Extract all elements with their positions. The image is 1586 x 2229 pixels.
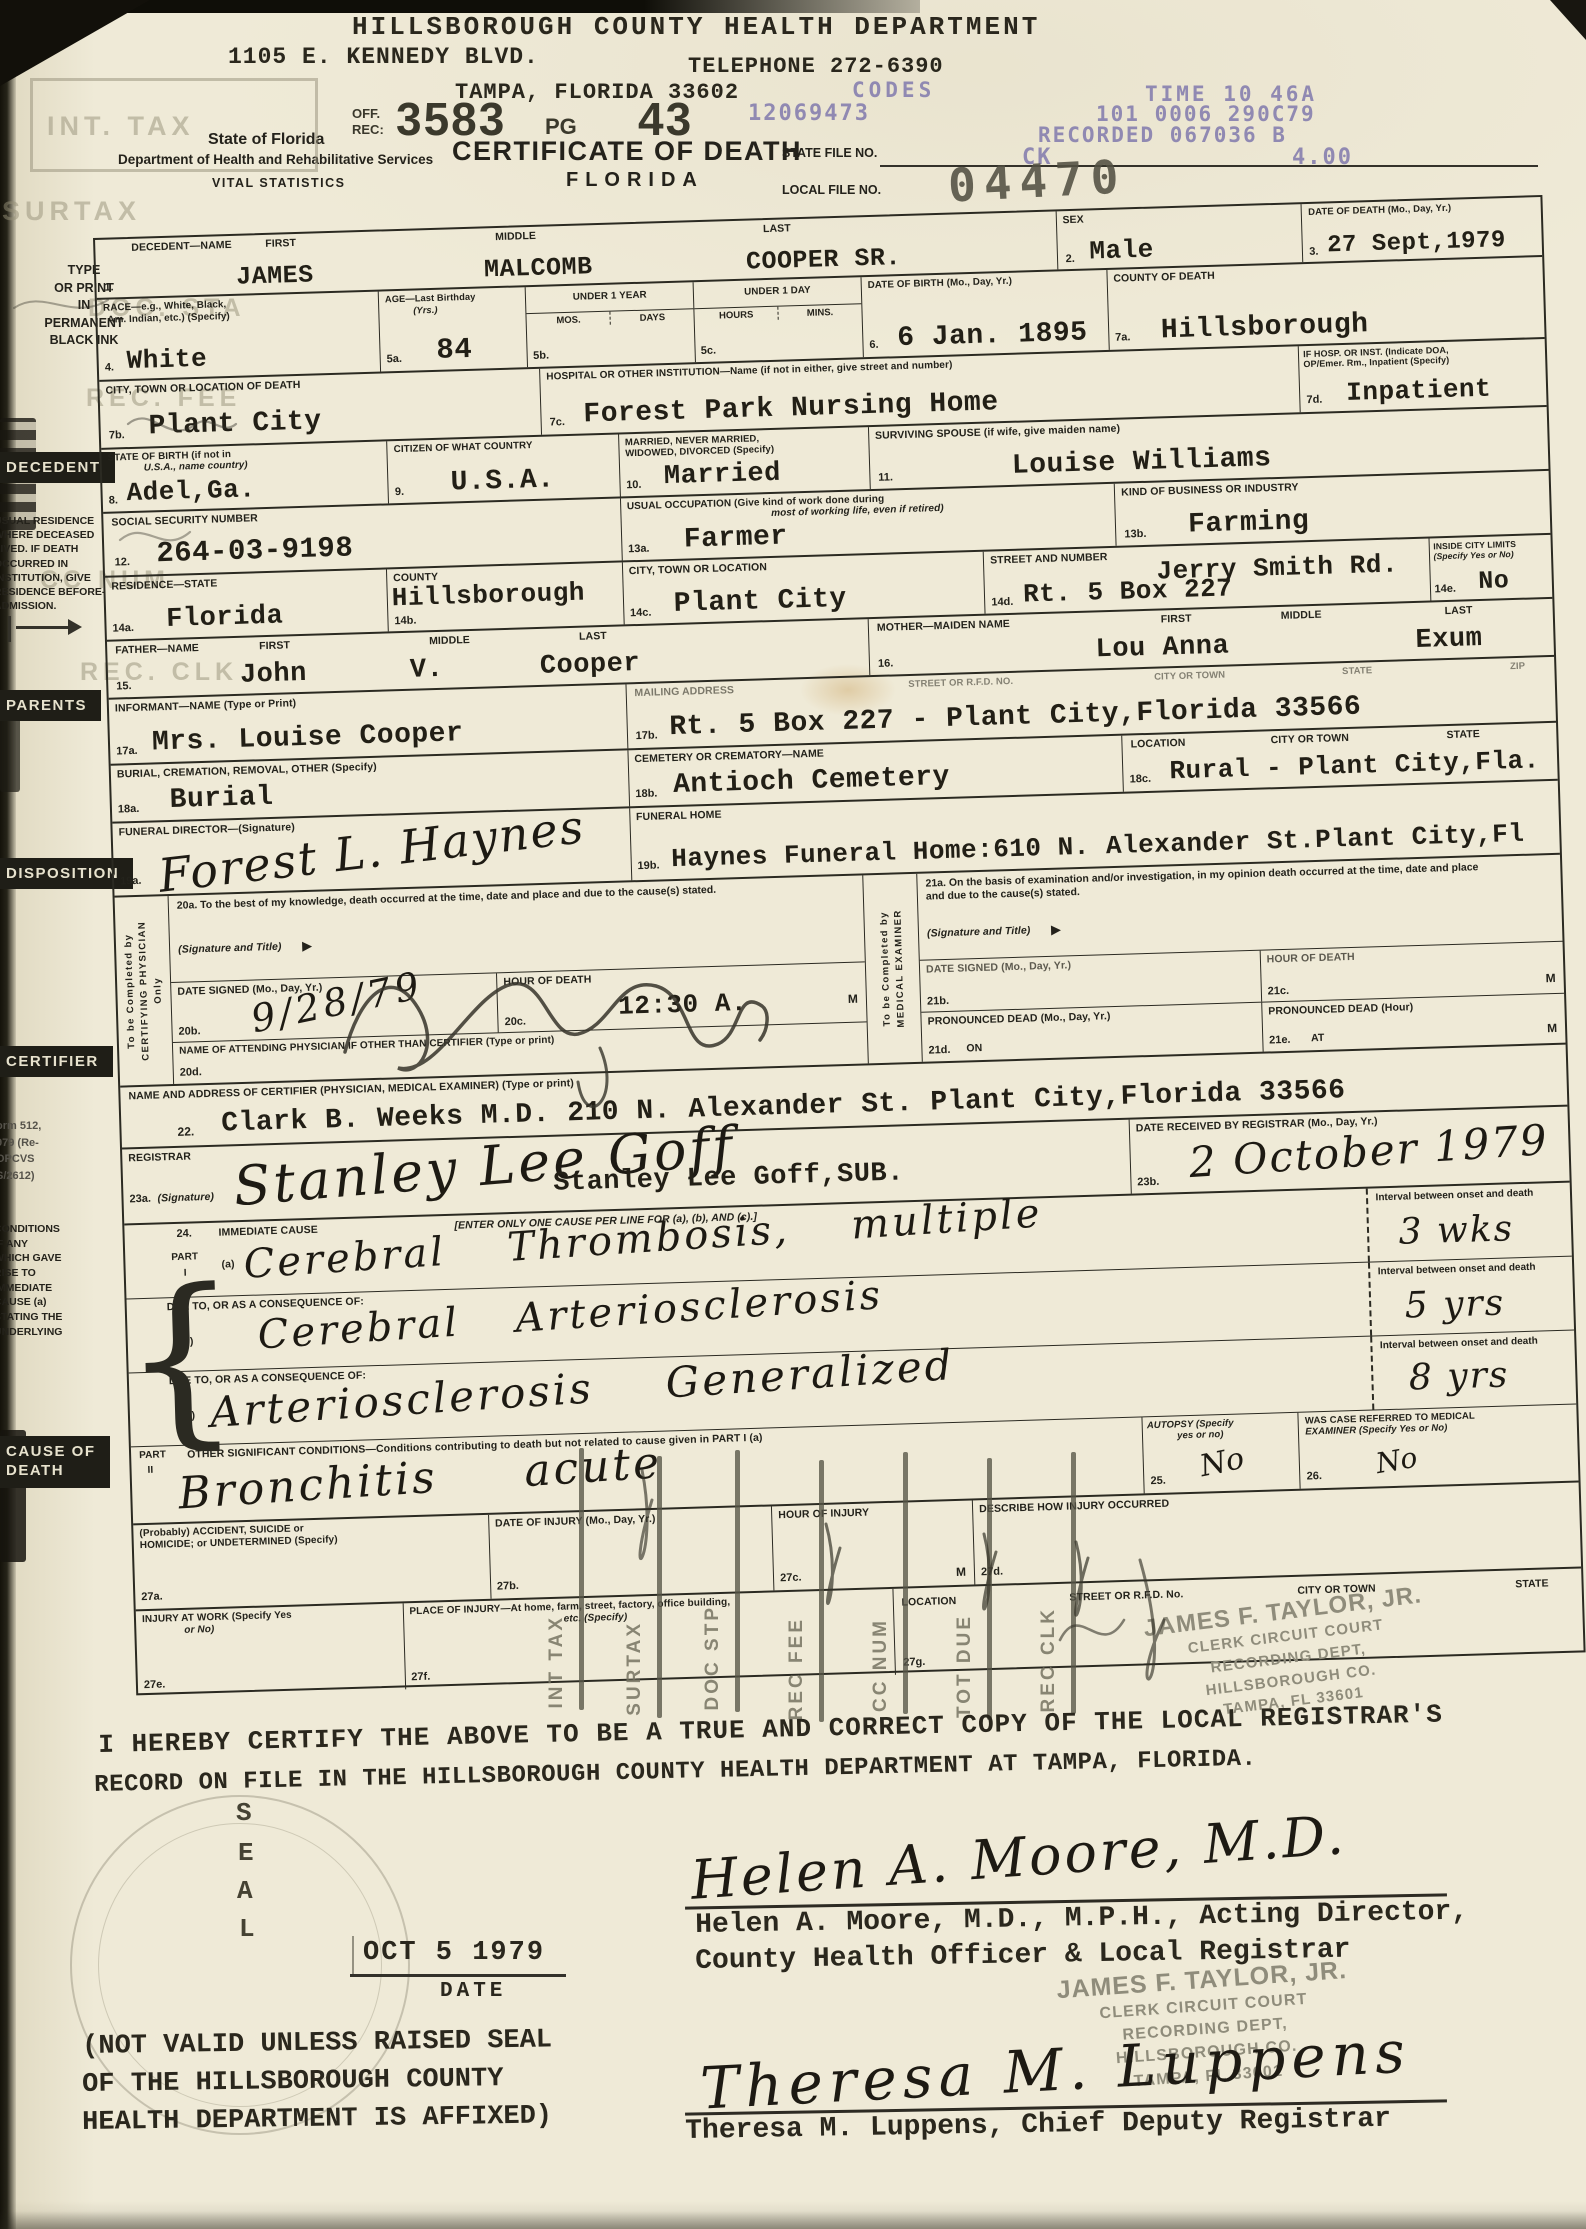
letterhead-phone: TELEPHONE 272-6390: [688, 54, 944, 79]
field-funeral-director: FUNERAL DIRECTOR—(Signature) 19a. Forest…: [112, 808, 632, 895]
item-number: 14b.: [394, 615, 416, 628]
document-number-stamp: 12069473: [748, 101, 870, 126]
note-line: CAUSE (a): [0, 1295, 62, 1310]
item-number: 3.: [1309, 246, 1319, 258]
side-line: Only: [151, 977, 164, 1004]
item-number: 20b.: [178, 1025, 200, 1038]
codes-stamp: CODES: [852, 78, 935, 102]
note-line: IF ANY: [0, 1237, 62, 1252]
examiner-main: 21a. On the basis of examination and/or …: [917, 855, 1565, 1062]
seal-letter: S: [236, 1798, 252, 1828]
field-state-of-birth: STATE OF BIRTH (if not in U.S.A., name c…: [101, 441, 389, 511]
note-line: WHERE DECEASED: [0, 528, 105, 542]
item-number: 27a.: [141, 1591, 163, 1604]
item-number: 20c.: [504, 1016, 526, 1029]
note-line: 979 (Re-: [0, 1135, 41, 1152]
field-street-number: STREET AND NUMBER Jerry Smith Rd. 14d. R…: [984, 538, 1431, 613]
note-line: LIVED. IF DEATH: [0, 542, 105, 556]
form-number-note: orm 512, 979 (Re- OPCVS S/2612): [0, 1118, 41, 1184]
field-pronounced-hour: PRONOUNCED DEAD (Hour) 21e. AT M: [1262, 994, 1566, 1052]
item-number: 2.: [1065, 253, 1075, 265]
note-line: CONDITIONS: [0, 1222, 62, 1237]
scan-corner-blob: [0, 0, 150, 86]
field-value: Florida: [166, 602, 284, 635]
signature-title-label: (Signature and Title): [927, 924, 1031, 940]
not-valid-line-2: OF THE HILLSBOROUGH COUNTY: [82, 2064, 504, 2100]
stamp-bar: [579, 1448, 584, 1710]
stamp-bar: [903, 1452, 908, 1714]
field-label: FIRST: [259, 639, 290, 653]
conditions-note: CONDITIONS IF ANY WHICH GAVE RISE TO IMM…: [0, 1222, 62, 1340]
field-label: BURIAL, CREMATION, REMOVAL, OTHER (Speci…: [117, 761, 377, 781]
field-label: STATE: [1446, 728, 1480, 742]
seal-letter: L: [239, 1914, 255, 1944]
field-label: (Yrs.): [413, 305, 438, 317]
seal-letter: A: [237, 1876, 253, 1906]
field-value: V.: [410, 655, 444, 686]
item-number: 9.: [395, 486, 405, 498]
seal-letter: E: [238, 1838, 254, 1868]
vertical-stamp-surtax: SURTAX: [626, 1456, 662, 1718]
physician-side-strip: To be Completed by CERTIFYING PHYSICIAN …: [115, 896, 175, 1086]
item-number: 22.: [177, 1124, 194, 1138]
field-label: LAST: [1445, 604, 1473, 617]
item-number: 25.: [1150, 1475, 1166, 1487]
item-number: 15.: [116, 680, 132, 692]
vertical-stamp-int-tax: INT TAX: [548, 1448, 584, 1710]
field-date-received: DATE RECEIVED BY REGISTRAR (Mo., Day, Yr…: [1129, 1107, 1569, 1194]
note-line: RESIDENCE BEFORE-: [0, 585, 105, 599]
interval-b-handwritten: 5 yrs: [1404, 1283, 1506, 1327]
note-line: WHICH GAVE: [0, 1251, 62, 1266]
local-file-label: LOCAL FILE NO.: [782, 183, 881, 197]
item-number: 27e.: [144, 1678, 166, 1691]
signature-title-label: (Signature and Title): [178, 941, 282, 957]
field-label: UNDER 1 DAY: [694, 283, 861, 300]
interval-c-handwritten: 8 yrs: [1408, 1354, 1510, 1398]
field-date-of-death: DATE OF DEATH (Mo., Day, Yr.) 3. 27 Sept…: [1302, 197, 1542, 262]
field-value: Farmer: [683, 522, 788, 556]
note-line: OCCURRED IN: [0, 557, 105, 571]
surtax-ghost: SURTAX: [2, 196, 141, 227]
banner-line: DEATH: [6, 1462, 96, 1481]
date-line: [350, 1974, 566, 1977]
interval-a-handwritten: 3 wks: [1398, 1208, 1515, 1252]
field-pronounced-date: PRONOUNCED DEAD (Mo., Day, Yr.) 21d. ON: [921, 1003, 1263, 1062]
item-number: 24.: [176, 1228, 192, 1240]
field-label: (Specify Yes or No): [1433, 549, 1514, 562]
field-label: MIDDLE: [429, 634, 470, 648]
referred-handwritten: No: [1374, 1441, 1420, 1480]
arrow-shaft: [16, 626, 68, 629]
field-value: Hillsborough: [1160, 309, 1368, 346]
subcolumns: MOS. DAYS: [527, 308, 694, 327]
field-label: yes or no): [1177, 1429, 1224, 1442]
field-label: CITIZEN OF WHAT COUNTRY: [394, 440, 533, 456]
field-value: Cooper: [539, 649, 640, 682]
cause-of-death-banner: CAUSE OF DEATH: [0, 1436, 110, 1488]
rec-label: REC:: [352, 122, 384, 138]
field-label: Interval between onset and death: [1378, 1262, 1538, 1279]
field-label: ZIP: [1510, 661, 1525, 673]
field-label: CITY, TOWN OR LOCATION OF DEATH: [105, 379, 300, 397]
meridiem-mark: M: [1547, 1021, 1557, 1035]
stamp-label: SURTAX: [624, 1621, 646, 1716]
field-label: STATE: [1342, 665, 1373, 677]
stamp-label: DOC STP: [702, 1605, 724, 1710]
field-county-of-death: COUNTY OF DEATH 7a. Hillsborough: [1107, 257, 1544, 350]
field-label: SEX: [1062, 214, 1084, 227]
local-file-number-stamp: 04470: [947, 149, 1128, 212]
subcolumns: HOURS MINS.: [695, 303, 862, 322]
field-hour-of-death: HOUR OF DEATH 20c. 12:30 A. M: [497, 962, 866, 1032]
field-value: Plant City: [673, 584, 847, 620]
field-label: MIDDLE: [495, 230, 536, 244]
at-label: AT: [1311, 1032, 1325, 1045]
field-race: RACE—e.g., White, Black, Am. Indian, etc…: [97, 292, 381, 380]
item-number: 16.: [878, 657, 894, 669]
vertical-stamp-rec-fee: REC FEE: [788, 1460, 824, 1722]
off-label: OFF.: [352, 106, 380, 122]
field-label: MOTHER—MAIDEN NAME: [877, 618, 1010, 635]
field-value: U.S.A.: [450, 464, 555, 498]
signature-label: (Signature): [157, 1191, 214, 1205]
sub-label: DAYS: [611, 309, 694, 324]
field-value: Antioch Cemetery: [673, 762, 951, 801]
item-number: 19a.: [120, 875, 142, 888]
note-line: INSTITUTION, GIVE: [0, 571, 105, 585]
item-number: 4.: [105, 361, 115, 373]
stamp-bar: [657, 1456, 662, 1718]
certificate-subtitle: FLORIDA: [566, 169, 704, 192]
vertical-stamp-rec-clk: REC CLK: [1040, 1452, 1076, 1714]
field-label: LAST: [763, 222, 791, 235]
field-label: U.S.A., name country): [144, 460, 248, 475]
field-value: COOPER SR.: [746, 243, 902, 277]
sub-label: HOURS: [695, 307, 779, 322]
cause-brace-glyph: {: [120, 1264, 243, 1452]
physician-side-text: To be Completed by CERTIFYING PHYSICIAN …: [122, 920, 166, 1061]
item-number: 10.: [626, 479, 642, 491]
note-line: STATING THE: [0, 1310, 62, 1325]
not-valid-line-1: (NOT VALID UNLESS RAISED SEAL: [82, 2025, 552, 2062]
field-residence-state: RESIDENCE—STATE 14a. Florida: [105, 569, 389, 639]
field-label: SURVIVING SPOUSE (if wife, give maiden n…: [875, 423, 1120, 443]
field-label: REGISTRAR: [128, 1150, 191, 1164]
note-line: ADMISSION.: [0, 599, 105, 613]
field-value: John: [240, 659, 308, 691]
item-number: 7a.: [1115, 331, 1131, 343]
field-label: KIND OF BUSINESS OR INDUSTRY: [1121, 481, 1299, 499]
item-number: 27b.: [497, 1580, 519, 1593]
field-value: 84: [436, 333, 473, 367]
field-interval-a: Interval between onset and death 3 wks: [1367, 1183, 1572, 1262]
field-label: STREET OR R.F.D. NO.: [908, 676, 1013, 690]
field-label: CITY OR TOWN: [1154, 670, 1225, 683]
item-number: 21d.: [928, 1044, 950, 1057]
field-value: Exum: [1415, 624, 1483, 656]
field-accident-suicide: (Probably) ACCIDENT, SUICIDE or HOMICIDE…: [133, 1515, 491, 1610]
field-value: Rural - Plant City,Fla.: [1169, 745, 1540, 786]
arrow-tick: [8, 616, 11, 642]
field-inside-city-limits: INSIDE CITY LIMITS (Specify Yes or No) 1…: [1429, 535, 1552, 601]
sub-label: MOS.: [527, 312, 611, 327]
note-line: S/2612): [0, 1168, 41, 1185]
field-value: Burial: [169, 782, 274, 816]
field-value: Farming: [1188, 506, 1310, 541]
item-number: 8.: [109, 494, 119, 506]
scan-corner-right: [1550, 0, 1586, 40]
field-value: Male: [1089, 235, 1154, 267]
field-label: PRONOUNCED DEAD (Hour): [1268, 1001, 1413, 1018]
field-if-hosp-or-inst: IF HOSP. OR INST. (Indicate DOA, OP/Emer…: [1299, 339, 1547, 412]
recorded-stamp: RECORDED 067036 B: [1038, 123, 1287, 147]
physician-main: 20a. To the best of my knowledge, death …: [169, 875, 868, 1084]
field-date-signed: DATE SIGNED (Mo., Day, Yr.) 20b. 9/28/79: [171, 973, 499, 1042]
field-label: LOCATION: [1130, 737, 1185, 751]
item-number: 18c.: [1130, 773, 1152, 786]
examiner-side-text: To be Completed by MEDICAL EXAMINER: [878, 909, 907, 1028]
field-label: RESIDENCE—STATE: [111, 577, 217, 593]
stamp-bar: [735, 1450, 740, 1712]
field-date-of-birth: DATE OF BIRTH (Mo., Day, Yr.) 6. 6 Jan. …: [861, 270, 1109, 357]
item-number: 7c.: [550, 416, 566, 428]
field-value: White: [126, 344, 207, 376]
sub-label: MINS.: [778, 304, 861, 319]
field-label: FIRST: [1161, 613, 1192, 627]
stamp-label: REC FEE: [786, 1617, 808, 1720]
state-file-label: STATE FILE NO.: [782, 146, 877, 160]
field-value: Mrs. Louise Cooper: [152, 718, 464, 758]
int-tax-ghost-box: INT. TAX: [30, 78, 318, 172]
stamp-label: REC CLK: [1038, 1607, 1060, 1712]
stamp-bar: [1071, 1452, 1076, 1714]
field-value: MALCOMB: [484, 252, 593, 284]
field-value: Lou Anna: [1095, 631, 1229, 665]
item-number: 5b.: [533, 350, 549, 362]
field-value: Married: [664, 459, 782, 492]
field-me-hour: HOUR OF DEATH 21c. M: [1260, 942, 1564, 1002]
medical-examiner-block: To be Completed by MEDICAL EXAMINER 21a.…: [863, 855, 1565, 1064]
field-cemetery-location: LOCATION CITY OR TOWN STATE 18c. Rural -…: [1122, 723, 1557, 792]
field-label: or No): [184, 1624, 214, 1637]
certifier-banner: CERTIFIER: [0, 1046, 113, 1077]
field-label: COUNTY OF DEATH: [1113, 270, 1215, 286]
item-number: 6.: [869, 339, 879, 351]
field-value: Plant City: [148, 406, 322, 442]
examiner-side-strip: To be Completed by MEDICAL EXAMINER: [863, 874, 923, 1064]
field-label: HOUR OF DEATH: [503, 974, 591, 989]
field-me-date-signed: DATE SIGNED (Mo., Day, Yr.) 21b.: [920, 951, 1262, 1012]
meridiem-mark: M: [1545, 971, 1555, 985]
item-number: 21e.: [1269, 1034, 1291, 1047]
stamp-bar: [987, 1458, 992, 1720]
vital-statistics: VITAL STATISTICS: [212, 176, 346, 190]
field-label: CITY OR TOWN: [1270, 732, 1349, 747]
field-label: FUNERAL HOME: [636, 809, 722, 824]
field-occupation: USUAL OCCUPATION (Give kind of work done…: [621, 484, 1117, 561]
note-line: UNDERLYING: [0, 1325, 62, 1340]
field-label: PRONOUNCED DEAD (Mo., Day, Yr.): [927, 1010, 1110, 1028]
item-number: 5c.: [701, 345, 717, 357]
certifying-physician-block: To be Completed by CERTIFYING PHYSICIAN …: [115, 875, 869, 1085]
field-label: IMMEDIATE CAUSE: [218, 1224, 318, 1240]
date-label: DATE: [440, 1980, 506, 2003]
field-label: HOUR OF DEATH: [1267, 951, 1355, 966]
field-marital-status: MARRIED, NEVER MARRIED, WIDOWED, DIVORCE…: [619, 427, 871, 496]
note-line: OPCVS: [0, 1151, 41, 1168]
item-number: 14a.: [112, 622, 134, 635]
stamp-label: CC NUM: [870, 1618, 892, 1712]
field-label: SOCIAL SECURITY NUMBER: [111, 512, 258, 529]
field-under-1-day: UNDER 1 DAY HOURS MINS. 5c.: [694, 277, 864, 362]
field-label: AGE—Last Birthday: [385, 292, 476, 306]
field-label: DATE OF BIRTH (Mo., Day, Yr.): [868, 276, 1013, 292]
field-label: STREET AND NUMBER: [990, 551, 1108, 567]
field-label: LAST: [579, 630, 607, 643]
field-citizen-country: CITIZEN OF WHAT COUNTRY 9. U.S.A.: [387, 434, 620, 503]
scan-edge-left: [0, 0, 16, 2229]
item-number: 7b.: [109, 429, 125, 441]
int-tax-ghost: INT. TAX: [47, 111, 195, 142]
field-label: CEMETERY OR CREMATORY—NAME: [634, 748, 824, 766]
item-number: 13a.: [628, 543, 650, 556]
letterhead-department: HILLSBOROUGH COUNTY HEALTH DEPARTMENT: [352, 12, 1040, 42]
item-number: 21b.: [927, 995, 949, 1008]
field-value: Inpatient: [1346, 374, 1492, 408]
field-value: 12:30 A.: [618, 988, 748, 1022]
side-line: To be Completed by: [122, 933, 137, 1049]
item-number: 7d.: [1306, 394, 1322, 406]
vertical-stamp-tot-due: TOT DUE: [956, 1458, 992, 1720]
item-number: 21c.: [1267, 985, 1289, 998]
meridiem-mark: M: [848, 992, 858, 1006]
field-value: No: [1478, 566, 1510, 596]
item-number: 13b.: [1124, 528, 1146, 541]
field-label: CITY, TOWN OR LOCATION: [629, 561, 768, 578]
field-under-1-year: UNDER 1 YEAR MOS. DAYS 5b.: [526, 282, 696, 367]
field-label: DECEDENT—NAME: [131, 239, 232, 255]
item-number: 5a.: [387, 353, 403, 365]
field-referred-to-me: WAS CASE REFERRED TO MEDICAL EXAMINER (S…: [1299, 1405, 1579, 1489]
field-residence-city: CITY, TOWN OR LOCATION 14c. Plant City: [623, 552, 986, 625]
item-number: 20d.: [180, 1066, 202, 1079]
not-valid-line-3: HEALTH DEPARTMENT IS AFFIXED): [82, 2101, 552, 2138]
item-number: 18a.: [118, 803, 140, 816]
field-label: UNDER 1 YEAR: [526, 288, 693, 305]
note-line: USUAL RESIDENCE: [0, 514, 105, 528]
stamp-bar: [819, 1460, 824, 1722]
arrow-glyph-icon: ▶: [302, 938, 312, 954]
stamp-label: INT TAX: [546, 1615, 568, 1708]
field-label: STATE: [1515, 1577, 1549, 1591]
item-number: 23b.: [1137, 1176, 1159, 1189]
field-value: Hillsborough: [391, 578, 585, 614]
usual-residence-note: USUAL RESIDENCE WHERE DECEASED LIVED. IF…: [0, 514, 105, 613]
banner-line: CAUSE OF: [6, 1443, 96, 1462]
date-stamp-tick: [352, 1936, 354, 1976]
field-label: Am. Indian, etc.) (Specify): [107, 311, 230, 326]
pg-label: PG: [545, 116, 577, 138]
field-label: DATE SIGNED (Mo., Day, Yr.): [926, 959, 1071, 976]
on-label: ON: [966, 1042, 982, 1055]
item-number: 17b.: [635, 729, 657, 742]
field-label: MAILING ADDRESS: [634, 684, 734, 700]
field-value: Forest Park Nursing Home: [583, 387, 999, 430]
item-number: 14e.: [1434, 583, 1456, 596]
parents-banner: PARENTS: [0, 690, 101, 721]
field-label: DATE OF DEATH (Mo., Day, Yr.): [1308, 203, 1451, 219]
side-line: CERTIFYING PHYSICIAN: [136, 921, 152, 1061]
letterhead-address: 1105 E. KENNEDY BLVD.: [228, 44, 539, 70]
field-label: MIDDLE: [1281, 609, 1322, 623]
item-number: 14d.: [991, 596, 1013, 609]
field-residence-county: COUNTY Hillsborough 14b.: [387, 562, 624, 631]
arrow-head: [68, 619, 82, 635]
field-label: LOCATION: [901, 1595, 956, 1609]
field-value: JAMES: [236, 260, 314, 291]
note-line: RISE TO: [0, 1266, 62, 1281]
vertical-stamp-doc-stp: DOC STP: [704, 1450, 740, 1712]
scan-edge-bottom: [0, 2211, 1586, 2229]
vertical-stamp-cc-num: CC NUM: [872, 1452, 908, 1714]
field-sex: SEX 2. Male: [1056, 204, 1303, 269]
arrow-glyph-icon: ▶: [1051, 922, 1061, 938]
note-line: orm 512,: [0, 1118, 41, 1135]
field-label: INJURY AT WORK (Specify Yes: [142, 1610, 292, 1626]
field-label: FIRST: [265, 237, 296, 251]
field-injury-at-work: INJURY AT WORK (Specify Yes or No) 27e.: [136, 1603, 406, 1697]
field-label: INFORMANT—NAME (Type or Print): [115, 697, 297, 715]
certificate-form: DECEDENT—NAME FIRST MIDDLE LAST 1. JAMES…: [93, 195, 1586, 1695]
field-industry: KIND OF BUSINESS OR INDUSTRY 13b. Farmin…: [1115, 471, 1550, 546]
item-number: 12.: [114, 556, 130, 568]
field-interval-b: Interval between onset and death 5 yrs: [1370, 1257, 1575, 1336]
field-value: Adel,Ga.: [126, 474, 256, 508]
field-value: 27 Sept,1979: [1327, 227, 1507, 259]
death-certificate-scan: HILLSBOROUGH COUNTY HEALTH DEPARTMENT 11…: [0, 0, 1586, 2229]
field-label: Interval between onset and death: [1375, 1188, 1535, 1205]
field-label: STREET OR R.F.D. No.: [1069, 1588, 1183, 1604]
item-number: 19b.: [637, 859, 659, 872]
item-number: 18b.: [635, 788, 657, 801]
item-number: 26.: [1306, 1470, 1322, 1482]
moore-signature: Helen A. Moore, M.D.: [689, 1803, 1349, 1912]
field-label: Interval between onset and death: [1380, 1336, 1540, 1353]
field-city-of-death: CITY, TOWN OR LOCATION OF DEATH 7b. Plan…: [99, 369, 542, 448]
item-number: 1.: [104, 281, 114, 293]
stamp-label: TOT DUE: [954, 1614, 976, 1718]
decedent-banner: DECEDENT: [0, 452, 115, 483]
field-value: 264-03-9198: [156, 531, 354, 570]
certificate-title: CERTIFICATE OF DEATH: [452, 136, 802, 167]
field-label: FATHER—NAME: [115, 642, 199, 657]
note-line: IMMEDIATE: [0, 1281, 62, 1296]
item-number: 14c.: [630, 607, 652, 620]
field-value: Louise Williams: [1012, 443, 1272, 482]
field-interval-c: Interval between onset and death 8 yrs: [1372, 1331, 1577, 1410]
item-number: 11.: [878, 471, 893, 483]
side-line: MEDICAL EXAMINER: [892, 909, 907, 1028]
field-autopsy: AUTOPSY (Specify yes or no) 25. No: [1143, 1413, 1301, 1494]
field-value: 6 Jan. 1895: [897, 318, 1088, 355]
date-stamp: OCT 5 1979: [363, 1938, 545, 1968]
autopsy-handwritten: No: [1197, 1441, 1247, 1484]
item-number: 27f.: [411, 1671, 430, 1684]
side-line: To be Completed by: [878, 911, 893, 1027]
field-age: AGE—Last Birthday (Yrs.) 5a. 84: [379, 287, 529, 371]
item-number: 23a.: [129, 1193, 151, 1206]
